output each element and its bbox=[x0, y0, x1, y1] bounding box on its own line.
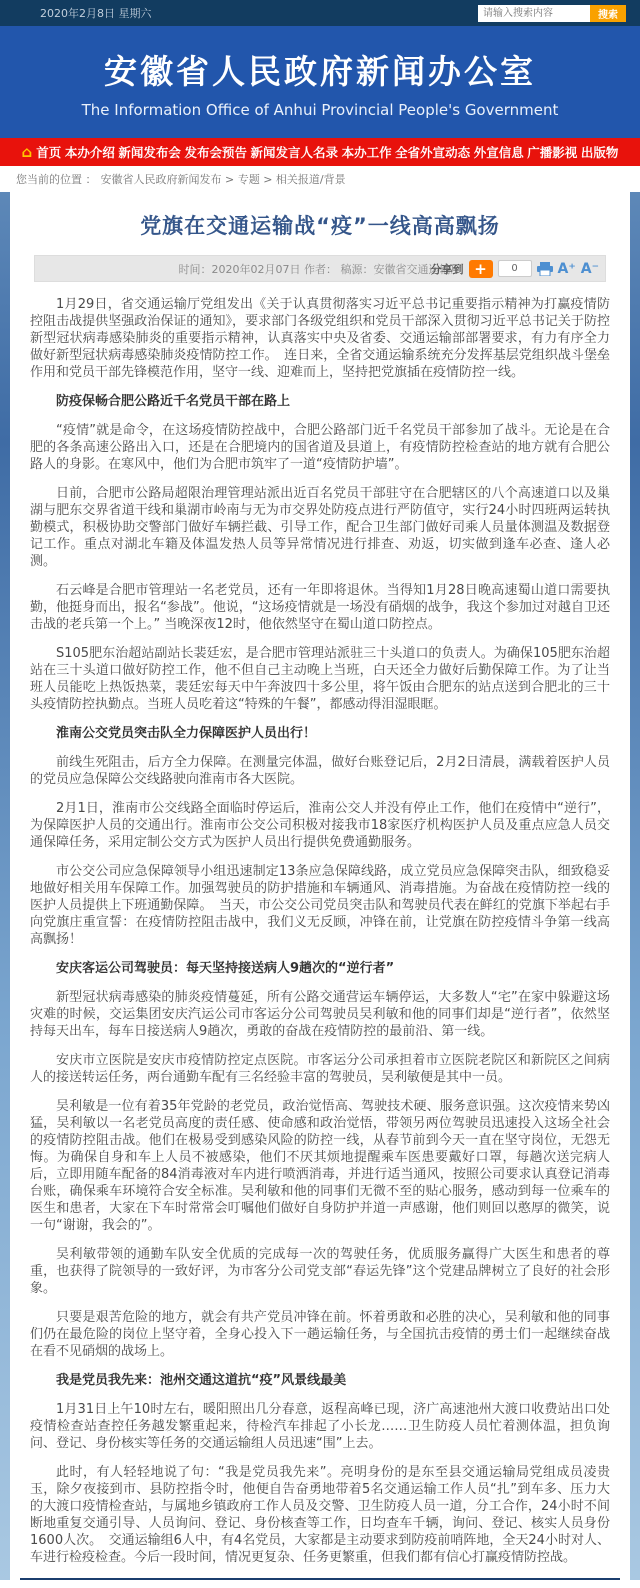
article-paragraph: 此时，有人轻轻地说了句：“我是党员我先来”。亮明身份的是东至县交通运输局党组成员… bbox=[30, 1464, 610, 1566]
article-paragraph: 1月31日上午10时左右，暖阳照出几分春意，返程高峰已现，济广高速池州大渡口收费… bbox=[30, 1401, 610, 1452]
share-plus-icon[interactable]: + bbox=[469, 260, 493, 278]
font-smaller-button[interactable]: A⁻ bbox=[581, 262, 599, 276]
nav-menu: ⌂首页本办介绍新闻发布会发布会预告新闻发言人名录本办工作全省外宣动态外宣信息广播… bbox=[0, 138, 640, 166]
share-label: 分享到 bbox=[431, 261, 464, 277]
site-banner: 安徽省人民政府新闻办公室 The Information Office of A… bbox=[0, 26, 640, 138]
nav-item-5[interactable]: 本办工作 bbox=[342, 143, 392, 161]
nav-item-8[interactable]: 广播影视 bbox=[527, 143, 577, 161]
article-paragraph: 只要是艰苦危险的地方，就会有共产党员冲锋在前。怀着勇敢和必胜的决心，吴利敏和他的… bbox=[30, 1309, 610, 1360]
breadcrumb-path[interactable]: 安徽省人民政府新闻发布 > 专题 > 相关报道/背景 bbox=[101, 171, 346, 187]
article-paragraph: 日前，合肥市公路局超限治理管理站派出近百名党员干部驻守在合肥辖区的八个高速道口以… bbox=[30, 485, 610, 570]
site-title: 安徽省人民政府新闻办公室 bbox=[104, 46, 536, 93]
section-heading: 防疫保畅合肥公路近千名党员干部在路上 bbox=[30, 393, 610, 410]
article-paragraph: 2月1日，淮南市公交线路全面临时停运后，淮南公交人并没有停止工作，他们在疫情中“… bbox=[30, 800, 610, 851]
top-utility-bar: 2020年2月8日 星期六 搜索 bbox=[0, 0, 640, 26]
breadcrumb: 您当前的位置 ： 安徽省人民政府新闻发布 > 专题 > 相关报道/背景 bbox=[0, 166, 640, 192]
search-box: 搜索 bbox=[478, 5, 626, 22]
section-heading: 我是党员我先来：池州交通这道抗“疫”风景线最美 bbox=[30, 1372, 610, 1389]
article-paragraph: 吴利敏是一位有着35年党龄的老党员，政治觉悟高、驾驶技术硬、服务意识强。这次疫情… bbox=[30, 1098, 610, 1234]
share-area: 分享到 + 0 A⁺ A⁻ bbox=[431, 256, 599, 281]
breadcrumb-label: 您当前的位置 ： bbox=[16, 171, 97, 187]
article-paragraph: 市公交公司应急保障领导小组迅速制定13条应急保障线路，成立党员应急保障突击队，细… bbox=[30, 863, 610, 948]
article-paragraph: 新型冠状病毒感染的肺炎疫情蔓延，所有公路交通营运车辆停运，大多数人“宅”在家中躲… bbox=[30, 989, 610, 1040]
article-paragraph: 石云峰是合肥市管理站一名老党员，还有一年即将退休。当得知1月28日晚高速蜀山道口… bbox=[30, 582, 610, 633]
article-paragraph: “疫情”就是命令，在这场疫情防控战中，合肥公路部门近千名党员干部参加了战斗。无论… bbox=[30, 422, 610, 473]
nav-item-0[interactable]: ⌂首页 bbox=[22, 143, 62, 161]
section-heading: 安庆客运公司驾驶员：每天坚持接送病人9趟次的“逆行者” bbox=[30, 960, 610, 977]
nav-item-4[interactable]: 新闻发言人名录 bbox=[251, 143, 339, 161]
article-body: 1月29日，省交通运输厅党组发出《关于认真贯彻落实习近平总书记重要指示精神为打赢… bbox=[10, 282, 630, 1566]
article-paragraph: 1月29日，省交通运输厅党组发出《关于认真贯彻落实习近平总书记重要指示精神为打赢… bbox=[30, 296, 610, 381]
article-title: 党旗在交通运输战“疫”一线高高飘扬 bbox=[30, 210, 610, 240]
content-shell: 党旗在交通运输战“疫”一线高高飘扬 时间：2020年02月07日 作者： 稿源：… bbox=[0, 192, 640, 1580]
article-paragraph: 前线生死阻击，后方全力保障。在测量完体温，做好台账登记后，2月2日清晨，满载着医… bbox=[30, 754, 610, 788]
article-meta-bar: 时间：2020年02月07日 作者： 稿源：安徽省交通运输厅 分享到 + 0 A… bbox=[34, 255, 606, 282]
nav-item-3[interactable]: 发布会预告 bbox=[184, 143, 247, 161]
nav-item-1[interactable]: 本办介绍 bbox=[65, 143, 115, 161]
bottom-space bbox=[0, 1580, 640, 1588]
content-area: 党旗在交通运输战“疫”一线高高飘扬 时间：2020年02月07日 作者： 稿源：… bbox=[10, 192, 630, 1580]
printer-icon[interactable] bbox=[537, 262, 553, 276]
article-paragraph: S105肥东治超站副站长裴廷宏，是合肥市管理站派驻三十头道口的负责人。为确保10… bbox=[30, 645, 610, 713]
search-input[interactable] bbox=[478, 5, 590, 22]
nav-item-2[interactable]: 新闻发布会 bbox=[118, 143, 181, 161]
share-count: 0 bbox=[498, 260, 532, 277]
nav-item-9[interactable]: 出版物 bbox=[581, 143, 619, 161]
search-button[interactable]: 搜索 bbox=[590, 5, 626, 22]
font-larger-button[interactable]: A⁺ bbox=[558, 262, 576, 276]
nav-item-6[interactable]: 全省外宣动态 bbox=[395, 143, 470, 161]
article-meta: 时间：2020年02月07日 作者： 稿源：安徽省交通运输厅 bbox=[179, 261, 462, 277]
nav-item-7[interactable]: 外宣信息 bbox=[474, 143, 524, 161]
article-paragraph: 吴利敏带领的通勤车队安全优质的完成每一次的驾驶任务，优质服务赢得广大医生和患者的… bbox=[30, 1246, 610, 1297]
home-icon: ⌂ bbox=[22, 145, 33, 160]
current-date: 2020年2月8日 星期六 bbox=[40, 5, 152, 21]
page: 2020年2月8日 星期六 搜索 安徽省人民政府新闻办公室 The Inform… bbox=[0, 0, 640, 1588]
section-heading: 淮南公交党员突击队全力保障医护人员出行！ bbox=[30, 725, 610, 742]
article-paragraph: 安庆市立医院是安庆市疫情防控定点医院。市客运分公司承担着市立医院老院区和新院区之… bbox=[30, 1052, 610, 1086]
site-subtitle: The Information Office of Anhui Provinci… bbox=[82, 101, 559, 119]
